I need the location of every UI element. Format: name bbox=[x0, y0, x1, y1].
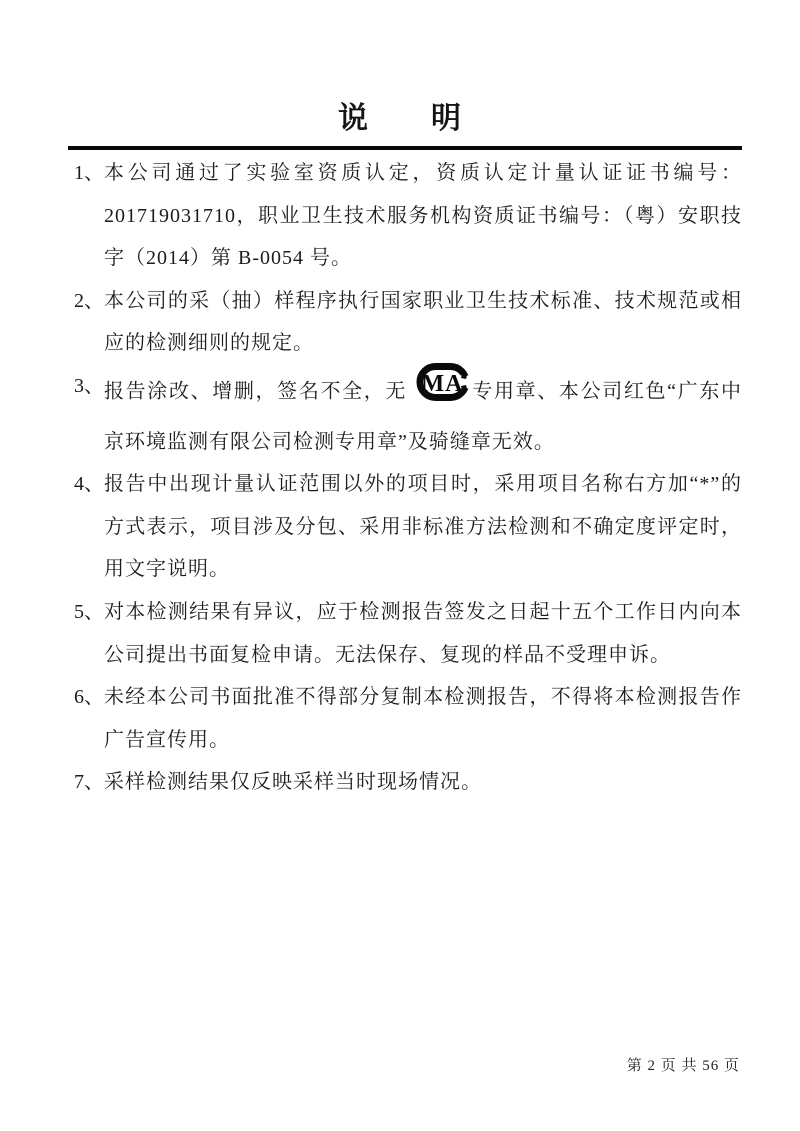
note-item-2: 2、 本公司的采（抽）样程序执行国家职业卫生技术标准、技术规范或相应的检测细则的… bbox=[68, 280, 742, 365]
note-text: 本公司通过了实验室资质认定，资质认定计量认证证书编号：201719031710，… bbox=[104, 162, 742, 269]
note-item-1: 1、 本公司通过了实验室资质认定，资质认定计量认证证书编号：2017190317… bbox=[68, 152, 742, 280]
note-text-before-logo: 报告涂改、增删，签名不全，无 bbox=[104, 380, 414, 402]
svg-text:MA: MA bbox=[421, 371, 463, 397]
document-page: 说 明 1、 本公司通过了实验室资质认定，资质认定计量认证证书编号：201719… bbox=[0, 0, 800, 1131]
cma-certification-mark-icon: MA bbox=[416, 362, 471, 418]
page-number-footer: 第 2 页 共 56 页 bbox=[627, 1054, 740, 1075]
note-number: 7、 bbox=[74, 761, 104, 804]
title-underline-rule bbox=[68, 146, 742, 150]
note-text: 对本检测结果有异议，应于检测报告签发之日起十五个工作日内向本公司提出书面复检申请… bbox=[104, 601, 742, 666]
note-item-4: 4、 报告中出现计量认证范围以外的项目时，采用项目名称右方加“*”的方式表示，项… bbox=[68, 463, 742, 591]
note-number: 3、 bbox=[74, 365, 104, 408]
note-text: 未经本公司书面批准不得部分复制本检测报告，不得将本检测报告作广告宣传用。 bbox=[104, 686, 742, 751]
note-item-7: 7、 采样检测结果仅反映采样当时现场情况。 bbox=[68, 761, 742, 804]
note-item-5: 5、 对本检测结果有异议，应于检测报告签发之日起十五个工作日内向本公司提出书面复… bbox=[68, 591, 742, 676]
note-text: 本公司的采（抽）样程序执行国家职业卫生技术标准、技术规范或相应的检测细则的规定。 bbox=[104, 290, 742, 355]
notes-list: 1、 本公司通过了实验室资质认定，资质认定计量认证证书编号：2017190317… bbox=[0, 152, 800, 804]
note-number: 6、 bbox=[74, 676, 104, 719]
note-number: 1、 bbox=[74, 152, 104, 195]
note-number: 5、 bbox=[74, 591, 104, 634]
note-number: 2、 bbox=[74, 280, 104, 323]
note-item-3: 3、 报告涂改、增删，签名不全，无 MA 专用章、本公司红色“广东中京环境监测有… bbox=[68, 365, 742, 463]
note-number: 4、 bbox=[74, 463, 104, 506]
note-text: 采样检测结果仅反映采样当时现场情况。 bbox=[104, 771, 482, 793]
page-title: 说 明 bbox=[0, 0, 800, 137]
note-item-6: 6、 未经本公司书面批准不得部分复制本检测报告，不得将本检测报告作广告宣传用。 bbox=[68, 676, 742, 761]
note-text: 报告中出现计量认证范围以外的项目时，采用项目名称右方加“*”的方式表示，项目涉及… bbox=[104, 473, 742, 580]
